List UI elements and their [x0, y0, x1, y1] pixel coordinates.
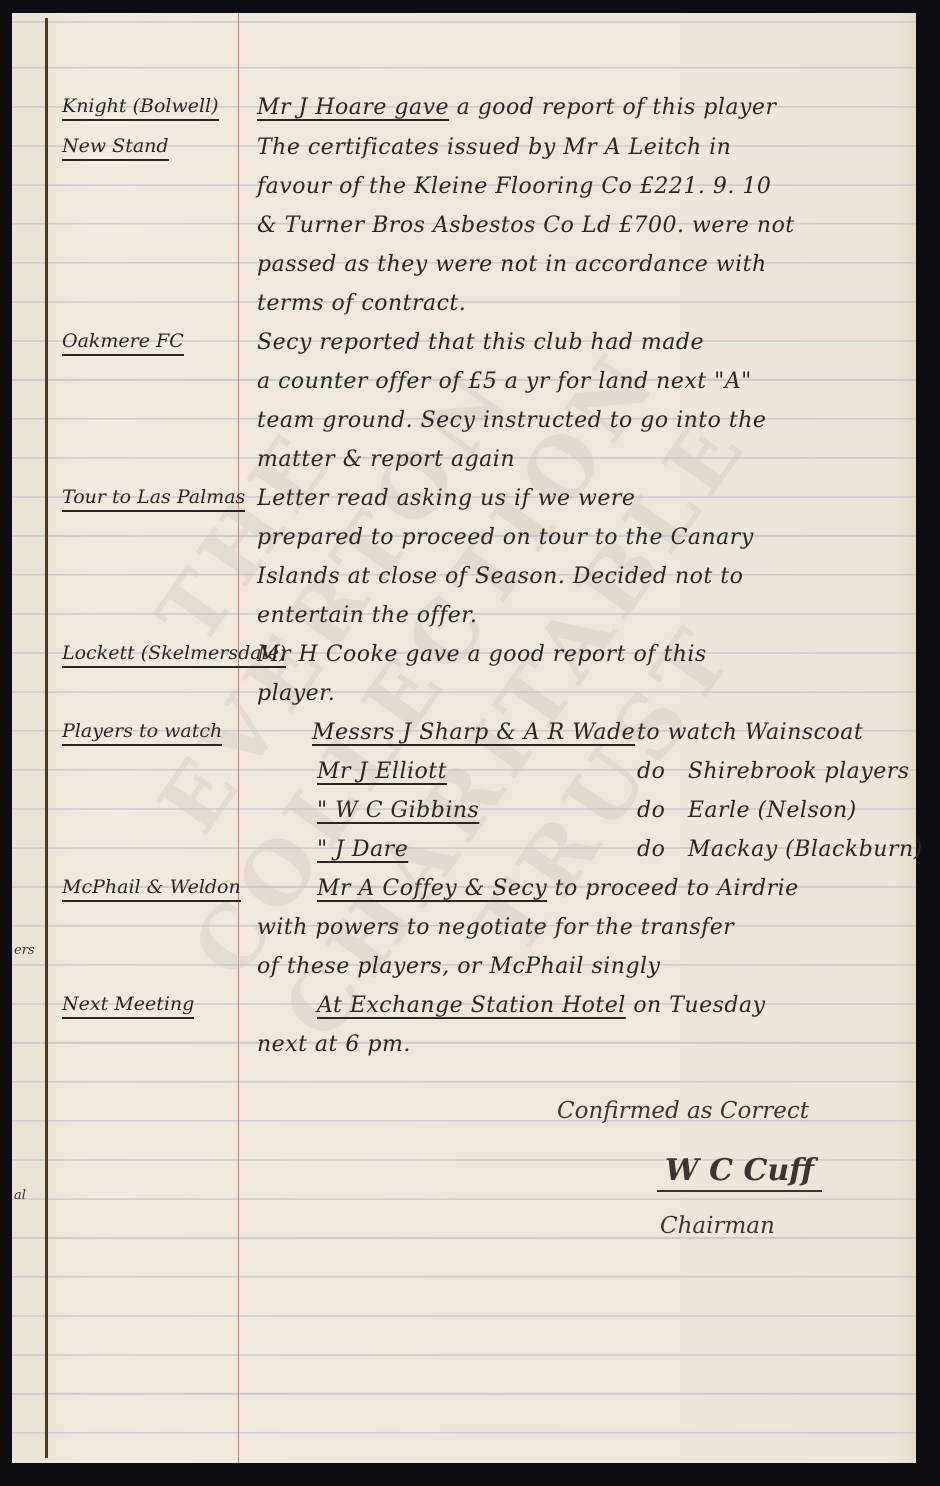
assignment-row: Mr J Elliott	[317, 759, 447, 784]
assignment-verb: to watch	[637, 720, 737, 745]
ditto-mark: do	[637, 798, 665, 823]
entry-line: At Exchange Station Hotel on Tuesday	[317, 993, 766, 1018]
left-page-fragment: al	[14, 1188, 26, 1203]
entry-line: favour of the Kleine Flooring Co £221. 9…	[257, 174, 771, 199]
line-rest: a good report of this player	[457, 95, 777, 120]
left-page-fragment: ers	[14, 943, 35, 958]
entry-line: terms of contract.	[257, 291, 466, 316]
entry-heading-mcphail-weldon: McPhail & Weldon	[62, 876, 241, 902]
line-rest: to proceed to Airdrie	[555, 876, 799, 901]
entry-heading-oakmere: Oakmere FC	[62, 330, 184, 356]
assignment-what: Wainscoat	[745, 720, 863, 745]
entry-line: of these players, or McPhail singly	[257, 954, 661, 979]
assignee: " J Dare	[317, 837, 408, 862]
entry-line: Mr H Cooke gave a good report of this	[257, 642, 707, 667]
entry-line: Mr J Hoare gave a good report of this pl…	[257, 95, 776, 120]
entry-line: matter & report again	[257, 447, 515, 472]
entry-heading-next-meeting: Next Meeting	[62, 993, 194, 1019]
assignment-row: " J Dare	[317, 837, 408, 862]
chairman-role: Chairman	[660, 1213, 775, 1239]
entry-heading-knight: Knight (Bolwell)	[62, 95, 219, 121]
entry-line: Mr A Coffey & Secy to proceed to Airdrie	[317, 876, 799, 901]
entry-heading-players-to-watch: Players to watch	[62, 720, 222, 746]
assignment-row: Messrs J Sharp & A R Wade	[312, 720, 635, 745]
entry-line: next at 6 pm.	[257, 1032, 411, 1057]
assignment-target: do Mackay (Blackburn)	[637, 837, 923, 862]
assignee: " W C Gibbins	[317, 798, 479, 823]
assignment-target: do Shirebrook players	[637, 759, 910, 784]
assignment-what: Shirebrook players	[688, 759, 910, 784]
entry-line: with powers to negotiate for the transfe…	[257, 915, 734, 940]
confirmation-text: Confirmed as Correct	[557, 1098, 809, 1124]
assignment-what: Earle (Nelson)	[688, 798, 857, 823]
entry-line: Letter read asking us if we were	[257, 486, 635, 511]
entry-line: a counter offer of £5 a yr for land next…	[257, 369, 752, 394]
assignment-row: " W C Gibbins	[317, 798, 479, 823]
ditto-mark: do	[637, 759, 665, 784]
entry-line: Secy reported that this club had made	[257, 330, 704, 355]
entry-line: prepared to proceed on tour to the Canar…	[257, 525, 754, 550]
assignment-what: Mackay (Blackburn)	[688, 837, 923, 862]
assignment-target: to watch Wainscoat	[637, 720, 863, 745]
entry-line: entertain the offer.	[257, 603, 477, 628]
assignee: Mr J Elliott	[317, 759, 447, 784]
assignee: Messrs J Sharp & A R Wade	[312, 720, 635, 745]
entry-heading-lockett: Lockett (Skelmersdale)	[62, 642, 286, 668]
assignment-target: do Earle (Nelson)	[637, 798, 857, 823]
entry-line: Islands at close of Season. Decided not …	[257, 564, 743, 589]
chairman-signature: W C Cuff	[657, 1153, 822, 1192]
entry-line: passed as they were not in accordance wi…	[257, 252, 767, 277]
entry-line: player.	[257, 681, 335, 706]
underlined-phrase: Mr J Hoare gave	[257, 95, 449, 120]
entry-line: team ground. Secy instructed to go into …	[257, 408, 766, 433]
entry-heading-tour: Tour to Las Palmas	[62, 486, 245, 512]
entry-line: & Turner Bros Asbestos Co Ld £700. were …	[257, 213, 795, 238]
line-rest: on Tuesday	[633, 993, 765, 1018]
entry-line: The certificates issued by Mr A Leitch i…	[257, 135, 731, 160]
ditto-mark: do	[637, 837, 665, 862]
ledger-page: THE EVERTON COLLECTION CHARITABLE TRUST …	[12, 13, 916, 1463]
underlined-phrase: Mr A Coffey & Secy	[317, 876, 547, 901]
underlined-phrase: At Exchange Station Hotel	[317, 993, 626, 1018]
entry-heading-new-stand: New Stand	[62, 135, 169, 161]
